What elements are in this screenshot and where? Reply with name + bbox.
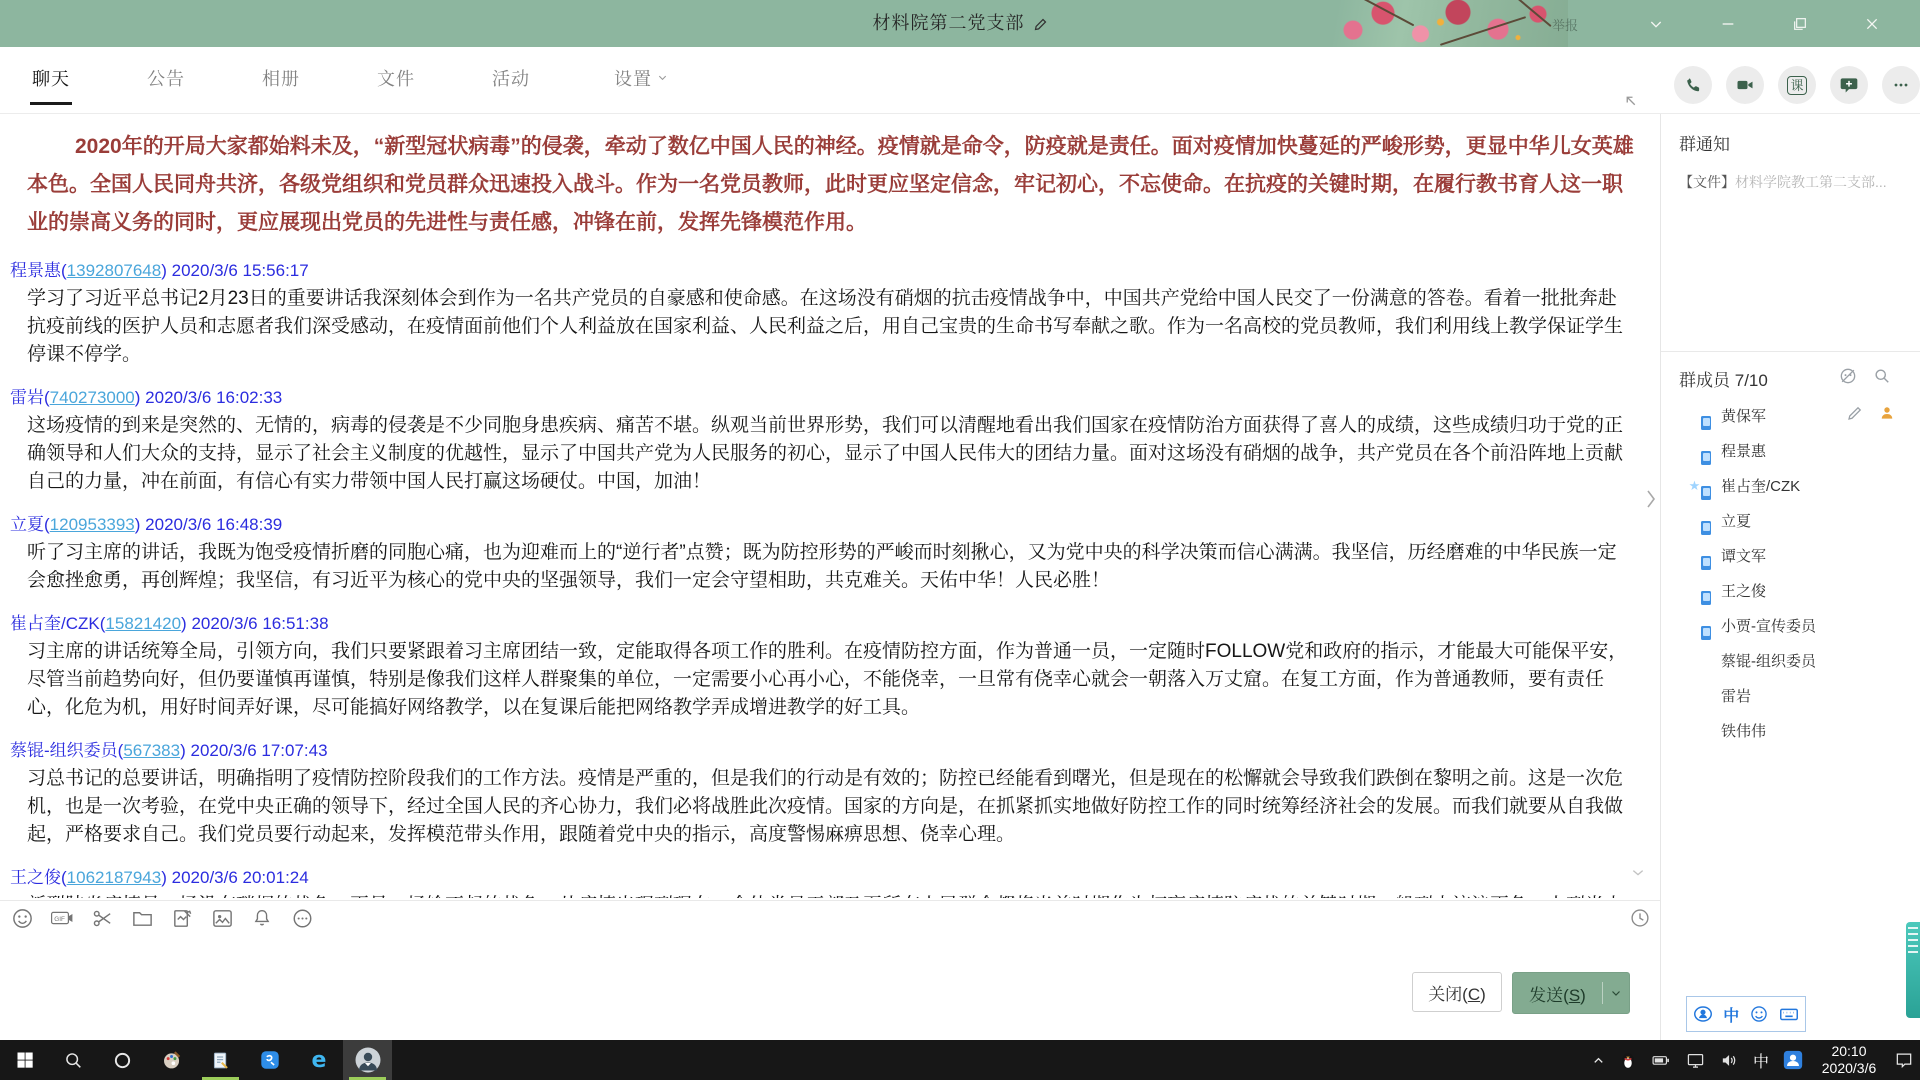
message-list[interactable]: 2020年的开局大家都始料未及，“新型冠状病毒”的侵袭，牵动了数亿中国人民的神经… (0, 114, 1660, 898)
group-post-icon (1839, 75, 1859, 95)
member-name: 蔡锟-组织委员 (1721, 650, 1816, 671)
mobile-online-badge (1700, 520, 1712, 536)
group-title: 材料院第二党支部 (0, 0, 1920, 47)
voice-call-icon (1684, 76, 1703, 95)
mobile-online-badge (1700, 590, 1712, 606)
svg-text:GIF: GIF (54, 916, 65, 923)
more-actions-icon (1891, 75, 1911, 95)
member-name: 谭文军 (1721, 545, 1766, 566)
ime-keyboard-icon[interactable] (1778, 1003, 1800, 1025)
sidebar-collapse-icon[interactable] (1644, 486, 1658, 512)
member-row[interactable]: 铁伟伟 (1661, 713, 1920, 748)
member-row[interactable]: 王之俊 (1661, 573, 1920, 608)
taskbar: e 中20:102020/3/6 (0, 1040, 1920, 1080)
scroll-down-icon[interactable] (1630, 868, 1646, 880)
tab-album[interactable]: 相册 (260, 47, 302, 109)
sender-uid-link[interactable]: 15821420 (105, 614, 181, 633)
scroll-top-icon[interactable] (1622, 92, 1640, 110)
member-row[interactable]: 立夏 (1661, 503, 1920, 538)
tray-qq-contact-icon[interactable] (1782, 1049, 1804, 1071)
mobile-online-badge (1700, 450, 1712, 466)
message-time: 2020/3/6 17:07:43 (190, 741, 327, 760)
sender-name[interactable]: 程景惠 (10, 261, 61, 280)
sender-uid-link[interactable]: 740273000 (50, 388, 135, 407)
taskbar-apps: e (0, 1040, 392, 1080)
taskbar-notepad-icon[interactable] (196, 1040, 245, 1080)
member-name: 黄保军 (1721, 405, 1766, 426)
member-row[interactable]: 程景惠 (1661, 433, 1920, 468)
sender-name[interactable]: 崔占奎/CZK (10, 614, 100, 633)
sender-name[interactable]: 立夏 (10, 515, 44, 534)
message-time: 2020/3/6 20:01:24 (172, 868, 309, 887)
window-shake-icon[interactable] (170, 906, 194, 930)
privacy-icon[interactable] (1838, 366, 1858, 386)
message-time: 2020/3/6 16:48:39 (145, 515, 282, 534)
message-header: 立夏(120953393) 2020/3/6 16:48:39 (10, 510, 1660, 535)
screenshot-icon[interactable] (90, 906, 114, 930)
tray-volume-icon[interactable] (1719, 1050, 1740, 1070)
member-name: 铁伟伟 (1721, 720, 1766, 741)
sender-uid-link[interactable]: 1392807648 (67, 261, 162, 280)
mobile-online-badge (1700, 485, 1712, 501)
members-title: 群成员 (1679, 371, 1730, 390)
ime-toolbar[interactable]: 中 (1686, 996, 1806, 1032)
tray-action-center-icon[interactable] (1894, 1050, 1914, 1070)
member-name: 王之俊 (1721, 580, 1766, 601)
tab-announcement[interactable]: 公告 (145, 47, 187, 109)
screen-edge-handle[interactable] (1906, 922, 1920, 1018)
member-profile-icon[interactable] (1878, 404, 1896, 422)
chevron-down-icon (657, 72, 668, 83)
video-call-button[interactable] (1726, 66, 1764, 104)
announcement-message: 2020年的开局大家都始料未及，“新型冠状病毒”的侵袭，牵动了数亿中国人民的神经… (27, 128, 1635, 242)
tab-chat[interactable]: 聊天 (30, 47, 72, 109)
group-notice-section[interactable]: 群通知 【文件】材料学院教工第二支部... (1661, 114, 1920, 352)
ime-logo-icon[interactable] (1692, 1003, 1714, 1025)
taskbar-start-icon[interactable] (0, 1040, 49, 1080)
title-bar: 材料院第二党支部 举报 (0, 0, 1920, 47)
clock-time: 20:10 (1817, 1043, 1881, 1060)
message-time: 2020/3/6 15:56:17 (172, 261, 309, 280)
member-row[interactable]: 小贾-宣传委员 (1661, 608, 1920, 643)
avatar (1681, 717, 1708, 744)
tray-display-icon[interactable] (1685, 1050, 1706, 1070)
sender-uid-link[interactable]: 567383 (123, 741, 180, 760)
taskbar-dict-app-icon[interactable] (245, 1040, 294, 1080)
tray-chevron-up-icon[interactable] (1591, 1053, 1606, 1068)
message-header: 崔占奎/CZK(15821420) 2020/3/6 16:51:38 (10, 609, 1660, 634)
group-post-button[interactable] (1830, 66, 1868, 104)
tray-qq-penguin-icon[interactable] (1619, 1050, 1637, 1070)
close-icon[interactable] (1850, 0, 1894, 47)
taskbar-edge-icon[interactable]: e (294, 1040, 343, 1080)
member-name: 立夏 (1721, 510, 1751, 531)
send-button-label: 发送(S) (1513, 981, 1602, 1006)
notify-icon[interactable] (250, 906, 274, 930)
message-header: 程景惠(1392807648) 2020/3/6 15:56:17 (10, 256, 1660, 281)
file-icon[interactable] (130, 906, 154, 930)
class-icon: 课 (1787, 76, 1806, 95)
group-notice-title: 群通知 (1679, 130, 1904, 155)
message-text: 新型肺炎疫情是一场没有硝烟的战争，更是一场输不起的战争。从疫情出现到现在，全体党… (27, 892, 1635, 898)
tab-settings[interactable]: 设置 (612, 47, 670, 109)
video-call-icon (1735, 75, 1755, 95)
message-header: 王之俊(1062187943) 2020/3/6 20:01:24 (10, 863, 1660, 888)
message-text: 习总书记的总要讲话，明确指明了疫情防控阶段我们的工作方法。疫情是严重的，但是我们… (27, 765, 1635, 849)
avatar (1681, 577, 1708, 604)
send-button[interactable]: 发送(S) (1512, 972, 1630, 1014)
close-button[interactable]: 关闭(C) (1412, 972, 1502, 1012)
member-name: 程景惠 (1721, 440, 1766, 461)
sender-uid-link[interactable]: 1062187943 (67, 868, 162, 887)
window-chevron-icon[interactable] (1634, 0, 1678, 47)
clock-date: 2020/3/6 (1817, 1060, 1881, 1077)
voice-call-button[interactable] (1674, 66, 1712, 104)
mobile-online-badge (1700, 625, 1712, 641)
message-time: 2020/3/6 16:02:33 (145, 388, 282, 407)
avatar (1681, 542, 1708, 569)
taskbar-tray: 中20:102020/3/6 (1591, 1040, 1914, 1080)
edit-member-card-icon[interactable] (1846, 404, 1864, 422)
mobile-online-badge (1700, 415, 1712, 431)
message-text: 这场疫情的到来是突然的、无情的，病毒的侵袭是不少同胞身患疾病、痛苦不堪。纵观当前… (27, 412, 1635, 496)
members-header: 群成员 7/10 (1661, 352, 1920, 398)
sender-name[interactable]: 雷岩 (10, 388, 44, 407)
report-link[interactable]: 举报 (1552, 15, 1578, 34)
message-text: 习主席的讲话统筹全局，引领方向，我们只要紧跟着习主席团结一致，定能取得各项工作的… (27, 638, 1635, 722)
tab-files[interactable]: 文件 (375, 47, 417, 109)
tray-ime-zh-icon[interactable]: 中 (1753, 1049, 1769, 1072)
taskbar-paint-icon[interactable] (147, 1040, 196, 1080)
restore-icon[interactable] (1778, 0, 1822, 47)
taskbar-search-icon[interactable] (49, 1040, 98, 1080)
message-header: 蔡锟-组织委员(567383) 2020/3/6 17:07:43 (10, 736, 1660, 761)
avatar (1681, 507, 1708, 534)
avatar (1681, 682, 1708, 709)
message-history-icon[interactable] (1628, 906, 1652, 930)
tab-activity[interactable]: 活动 (490, 47, 532, 109)
member-search-icon[interactable] (1872, 366, 1892, 386)
taskbar-qq-icon[interactable] (343, 1040, 392, 1080)
class-mode-button[interactable]: 课 (1778, 66, 1816, 104)
tray-battery-icon[interactable] (1650, 1050, 1672, 1070)
composer-toolbar: GIF (0, 900, 1670, 935)
ime-language-icon[interactable]: 中 (1723, 1003, 1739, 1026)
message-text: 听了习主席的讲话，我既为饱受疫情折磨的同胞心痛，也为迎难而上的“逆行者”点赞；既… (27, 539, 1635, 595)
gif-icon[interactable]: GIF (50, 906, 74, 930)
taskbar-clock[interactable]: 20:102020/3/6 (1817, 1043, 1881, 1077)
avatar: ★ (1681, 472, 1708, 499)
member-list[interactable]: 黄保军程景惠★崔占奎/CZK立夏谭文军王之俊小贾-宣传委员蔡锟-组织委员雷岩铁伟… (1661, 398, 1920, 748)
message-text: 学习了习近平总书记2月23日的重要讲话我深刻体会到作为一名共产党员的自豪感和使命… (27, 285, 1635, 369)
image-icon[interactable] (210, 906, 234, 930)
member-name: 崔占奎/CZK (1721, 475, 1800, 496)
group-sidebar: 群通知 【文件】材料学院教工第二支部... 群成员 7/10 黄保军程景惠★崔占… (1660, 114, 1920, 1040)
avatar (1681, 402, 1708, 429)
more-tools-icon[interactable] (290, 906, 314, 930)
edit-title-icon[interactable] (1033, 17, 1048, 32)
group-notice-item[interactable]: 【文件】材料学院教工第二支部... (1679, 172, 1901, 192)
message-time: 2020/3/6 16:51:38 (191, 614, 328, 633)
minimize-icon[interactable] (1706, 0, 1750, 47)
avatar (1681, 612, 1708, 639)
members-count: 7/10 (1735, 371, 1768, 390)
sender-uid-link[interactable]: 120953393 (50, 515, 135, 534)
avatar (1681, 647, 1708, 674)
send-options-chevron-icon[interactable] (1603, 987, 1629, 999)
member-row[interactable]: 蔡锟-组织委员 (1661, 643, 1920, 678)
emoji-icon[interactable] (10, 906, 34, 930)
sender-name[interactable]: 蔡锟-组织委员 (10, 741, 118, 760)
member-name: 小贾-宣传委员 (1721, 615, 1816, 636)
avatar (1681, 437, 1708, 464)
mobile-online-badge (1700, 555, 1712, 571)
member-name: 雷岩 (1721, 685, 1751, 706)
more-actions-button[interactable] (1882, 66, 1920, 104)
member-row[interactable]: 谭文军 (1661, 538, 1920, 573)
ime-emoji-icon[interactable] (1749, 1004, 1769, 1024)
member-row[interactable]: 雷岩 (1661, 678, 1920, 713)
member-row[interactable]: ★崔占奎/CZK (1661, 468, 1920, 503)
member-row[interactable]: 黄保军 (1661, 398, 1920, 433)
message-header: 雷岩(740273000) 2020/3/6 16:02:33 (10, 383, 1660, 408)
svg-text:e: e (311, 1048, 326, 1072)
sender-name[interactable]: 王之俊 (10, 868, 61, 887)
taskbar-cortana-icon[interactable] (98, 1040, 147, 1080)
